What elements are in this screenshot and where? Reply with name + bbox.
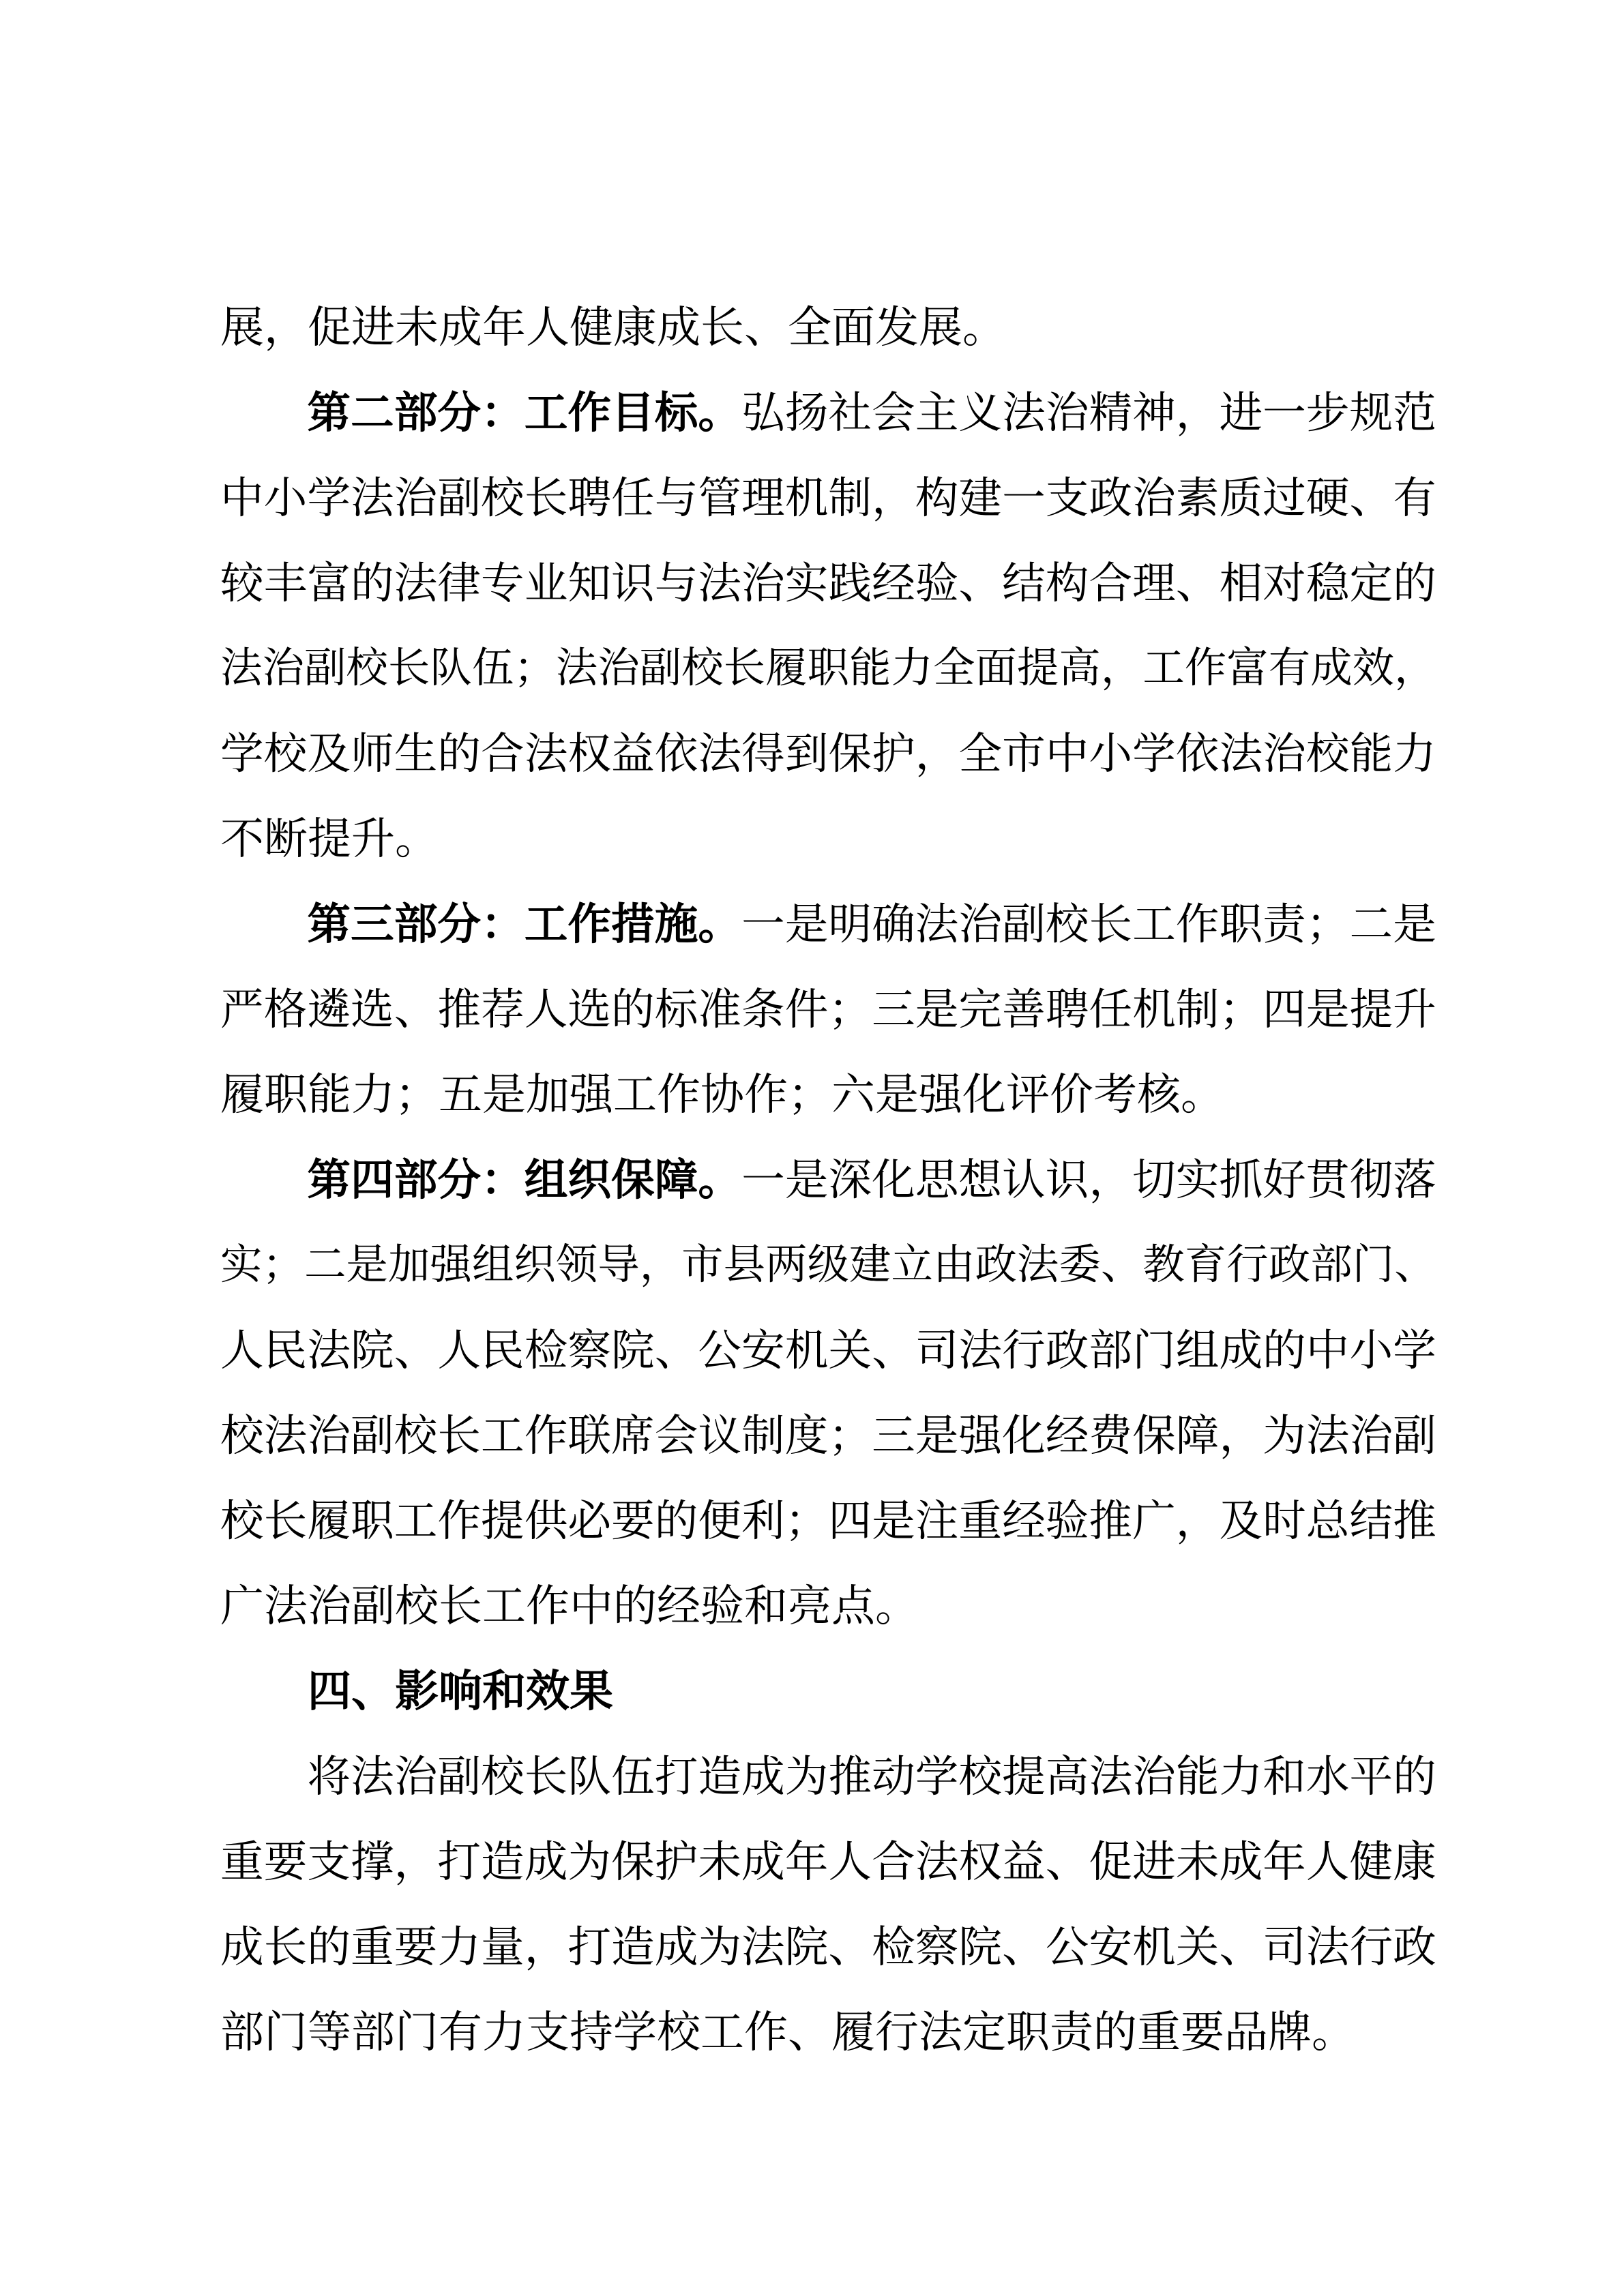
text-line: 严格遴选、推荐人选的标准条件；三是完善聘任机制；四是提升: [220, 967, 1443, 1052]
text-line: 广法治副校长工作中的经验和亮点。: [220, 1564, 1443, 1649]
body-text-run: 学校及师生的合法权益依法得到保护，全市中小学依法治校能力: [220, 730, 1436, 778]
text-line: 实；二是加强组织领导，市县两级建立由政法委、教育行政部门、: [220, 1223, 1443, 1308]
body-text-run: 严格遴选、推荐人选的标准条件；三是完善聘任机制；四是提升: [220, 985, 1436, 1034]
text-line: 较丰富的法律专业知识与法治实践经验、结构合理、相对稳定的: [220, 541, 1443, 626]
document-body: 展，促进未成年人健康成长、全面发展。第二部分：工作目标。弘扬社会主义法治精神，进…: [220, 285, 1443, 2075]
text-line: 不断提升。: [220, 796, 1443, 882]
body-text-run: 校法治副校长工作联席会议制度；三是强化经费保障，为法治副: [220, 1412, 1436, 1460]
section-heading-run: 第三部分：工作措施。: [307, 900, 741, 949]
text-line: 中小学法治副校长聘任与管理机制，构建一支政治素质过硬、有: [220, 456, 1443, 541]
paragraph-indent: [220, 1194, 307, 1195]
body-text-run: 一是深化思想认识，切实抓好贯彻落: [741, 1156, 1436, 1204]
paragraph-indent: [220, 1791, 307, 1791]
body-text-run: 校长履职工作提供必要的便利；四是注重经验推广，及时总结推: [220, 1497, 1436, 1545]
body-text-run: 成长的重要力量，打造成为法院、检察院、公安机关、司法行政: [220, 1923, 1436, 1971]
document-page: 展，促进未成年人健康成长、全面发展。第二部分：工作目标。弘扬社会主义法治精神，进…: [0, 0, 1624, 2296]
text-line: 校法治副校长工作联席会议制度；三是强化经费保障，为法治副: [220, 1393, 1443, 1478]
text-line: 第三部分：工作措施。一是明确法治副校长工作职责；二是: [220, 882, 1443, 967]
body-text-run: 将法治副校长队伍打造成为推动学校提高法治能力和水平的: [307, 1753, 1436, 1801]
section-heading-run: 第二部分：工作目标。: [307, 389, 741, 437]
text-line: 展，促进未成年人健康成长、全面发展。: [220, 285, 1443, 370]
body-text-run: 广法治副校长工作中的经验和亮点。: [220, 1582, 919, 1630]
text-line: 校长履职工作提供必要的便利；四是注重经验推广，及时总结推: [220, 1478, 1443, 1564]
body-text-run: 展，促进未成年人健康成长、全面发展。: [220, 303, 1006, 352]
body-text-run: 履职能力；五是加强工作协作；六是强化评价考核。: [220, 1071, 1224, 1119]
body-text-run: 弘扬社会主义法治精神，进一步规范: [741, 389, 1436, 437]
text-line: 第二部分：工作目标。弘扬社会主义法治精神，进一步规范: [220, 370, 1443, 456]
text-line: 将法治副校长队伍打造成为推动学校提高法治能力和水平的: [220, 1734, 1443, 1819]
body-text-run: 一是明确法治副校长工作职责；二是: [741, 900, 1436, 949]
body-text-run: 重要支撑，打造成为保护未成年人合法权益、促进未成年人健康: [220, 1838, 1436, 1886]
body-text-run: 不断提升。: [220, 815, 439, 863]
text-line: 部门等部门有力支持学校工作、履行法定职责的重要品牌。: [220, 1990, 1443, 2075]
text-line: 法治副校长队伍；法治副校长履职能力全面提高，工作富有成效，: [220, 626, 1443, 711]
text-line: 重要支撑，打造成为保护未成年人合法权益、促进未成年人健康: [220, 1819, 1443, 1905]
paragraph-indent: [220, 1705, 308, 1706]
body-text-run: 较丰富的法律专业知识与法治实践经验、结构合理、相对稳定的: [220, 559, 1436, 608]
text-line: 第四部分：组织保障。一是深化思想认识，切实抓好贯彻落: [220, 1137, 1443, 1223]
body-text-run: 实；二是加强组织领导，市县两级建立由政法委、教育行政部门、: [220, 1242, 1436, 1288]
paragraph-indent: [220, 938, 307, 939]
text-line: 履职能力；五是加强工作协作；六是强化评价考核。: [220, 1052, 1443, 1137]
body-text-run: 人民法院、人民检察院、公安机关、司法行政部门组成的中小学: [220, 1326, 1436, 1375]
text-line: 人民法院、人民检察院、公安机关、司法行政部门组成的中小学: [220, 1308, 1443, 1393]
section-heading-run: 四、影响和效果: [308, 1667, 613, 1716]
body-text-run: 法治副校长队伍；法治副校长履职能力全面提高，工作富有成效，: [220, 645, 1436, 691]
text-line: 成长的重要力量，打造成为法院、检察院、公安机关、司法行政: [220, 1905, 1443, 1990]
text-line: 学校及师生的合法权益依法得到保护，全市中小学依法治校能力: [220, 711, 1443, 796]
body-text-run: 中小学法治副校长聘任与管理机制，构建一支政治素质过硬、有: [220, 474, 1436, 522]
body-text-run: 部门等部门有力支持学校工作、履行法定职责的重要品牌。: [220, 2008, 1355, 2057]
section-heading-run: 第四部分：组织保障。: [307, 1156, 741, 1204]
text-line: 四、影响和效果: [220, 1649, 1443, 1734]
paragraph-indent: [220, 427, 307, 428]
